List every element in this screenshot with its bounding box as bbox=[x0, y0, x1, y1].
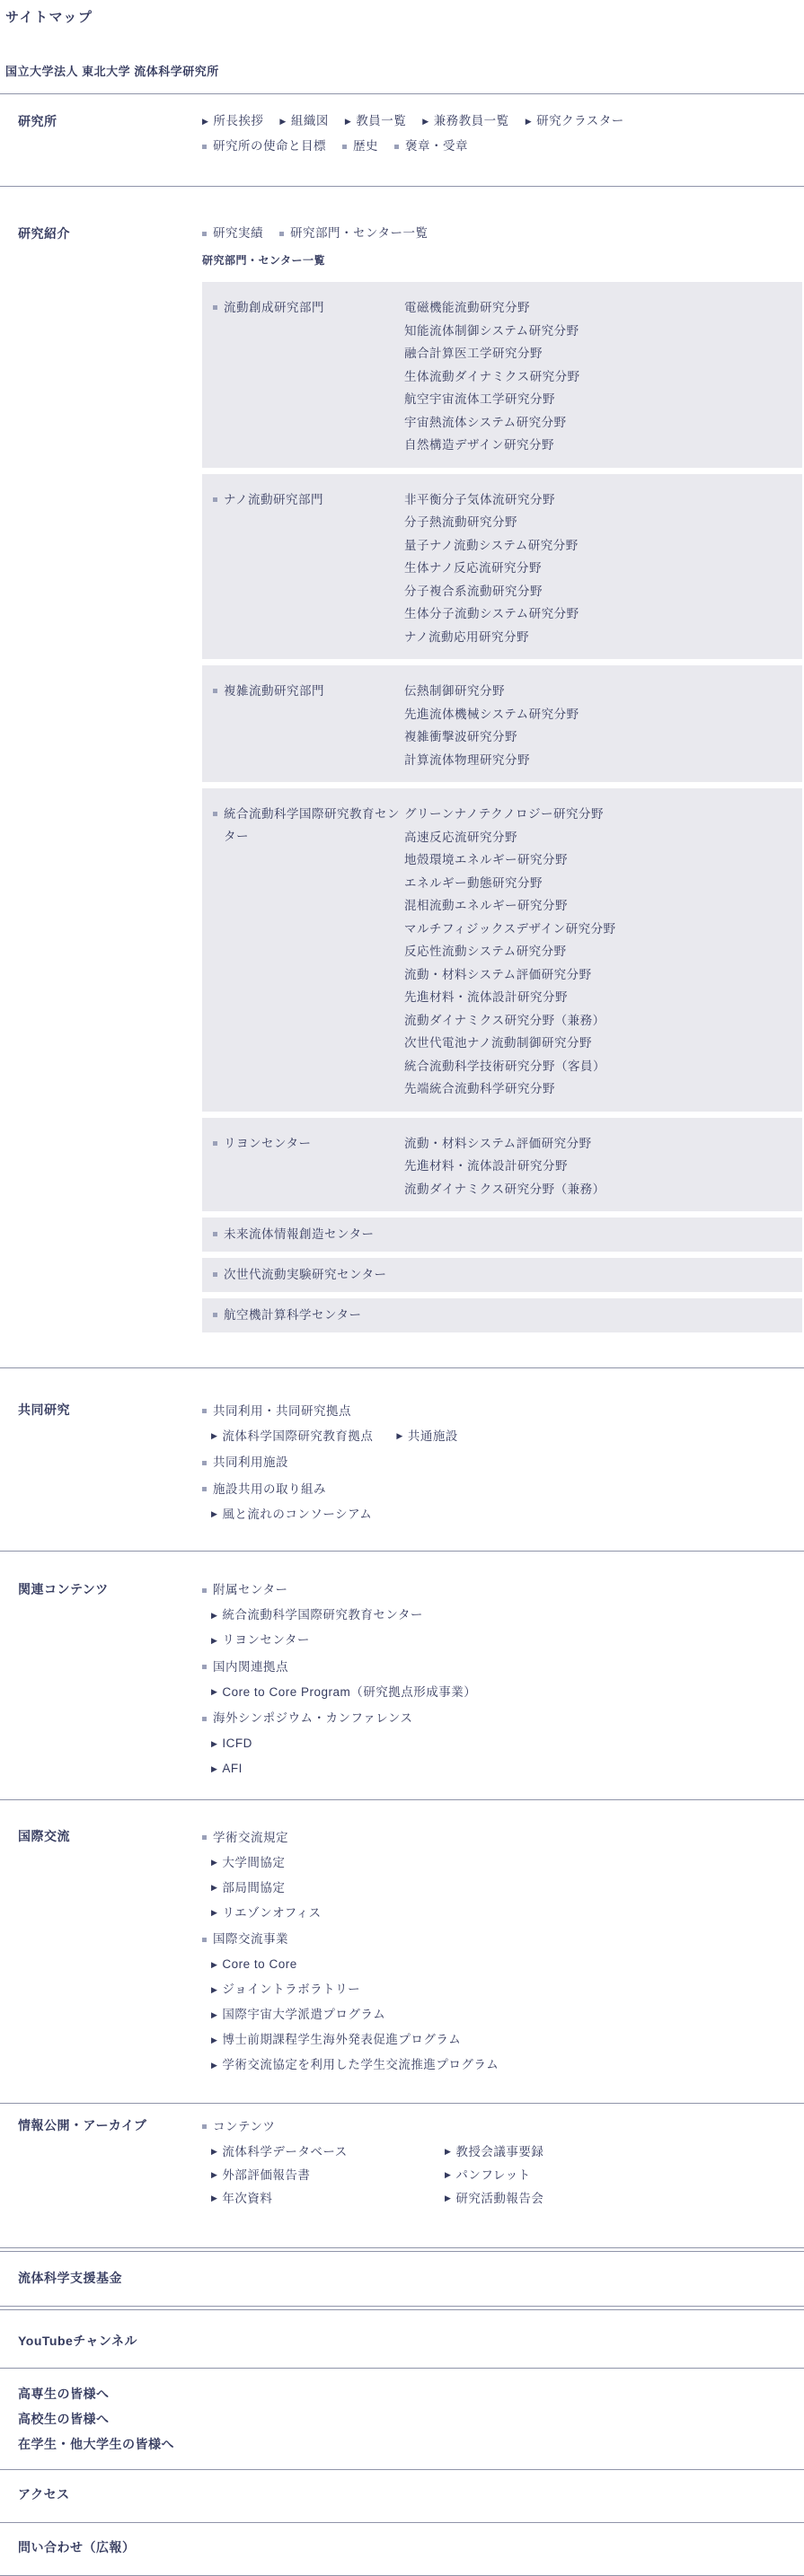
square-bullet-icon bbox=[202, 1717, 207, 1721]
sitemap-link[interactable]: 共同利用施設 bbox=[202, 1455, 288, 1470]
section-for-students: 高専生の皆様へ高校生の皆様へ在学生・他大学生の皆様へ bbox=[0, 2369, 804, 2469]
department-table: 流動創成研究部門電磁機能流動研究分野知能流体制御システム研究分野融合計算医工学研… bbox=[202, 282, 802, 1332]
square-bullet-icon bbox=[202, 145, 207, 149]
sitemap-link-label: 兼務教員一覧 bbox=[434, 114, 509, 128]
sitemap-link[interactable]: ▶所長挨拶 bbox=[202, 114, 263, 128]
section-label-group: 研究紹介 bbox=[18, 226, 202, 241]
research-field-link[interactable]: エネルギー動態研究分野 bbox=[404, 872, 793, 895]
sitemap-link[interactable]: ▶教員一覧 bbox=[345, 114, 406, 128]
square-bullet-icon bbox=[213, 1141, 217, 1146]
sitemap-link-label: 流体科学データベース bbox=[222, 2145, 347, 2159]
sitemap-link-label: 統合流動科学国際研究教育センター bbox=[222, 1608, 422, 1622]
sitemap-link-label: 教員一覧 bbox=[356, 114, 406, 128]
sitemap-link[interactable]: ▶部局間協定 bbox=[211, 1881, 804, 1895]
sitemap-link[interactable]: ▶研究クラスター bbox=[526, 114, 624, 128]
research-field-link[interactable]: 流動・材料システム評価研究分野 bbox=[404, 963, 793, 987]
section-content: 共同利用・共同研究拠点▶流体科学国際研究教育拠点▶共通施設共同利用施設施設共用の… bbox=[202, 1402, 804, 1533]
section-contact: 問い合わせ（広報） bbox=[0, 2523, 804, 2575]
sitemap-link[interactable]: ▶流体科学国際研究教育拠点 bbox=[211, 1429, 373, 1444]
sitemap-link-label: 国際交流事業 bbox=[213, 1932, 288, 1947]
section-label-contact[interactable]: 問い合わせ（広報） bbox=[18, 2540, 202, 2554]
sitemap-link-label: 研究所の使命と目標 bbox=[213, 139, 326, 154]
sitemap-link-label: 学術交流協定を利用した学生交流推進プログラム bbox=[222, 2058, 499, 2072]
sitemap-entry: 研究所の使命と目標歴史褒章・受章 bbox=[202, 139, 804, 154]
sitemap-link-label: ICFD bbox=[222, 1736, 252, 1751]
section-content: コンテンツ▶流体科学データベース▶外部評価報告書▶年次資料▶教授会議事要録▶パン… bbox=[202, 2118, 804, 2226]
sitemap-entry: 国際交流事業▶Core to Core▶ジョイントラボラトリー▶国際宇宙大学派遣… bbox=[202, 1931, 804, 2073]
sitemap-link-label: 褒章・受章 bbox=[405, 139, 468, 154]
research-field-list: 流動・材料システム評価研究分野先進材料・流体設計研究分野流動ダイナミクス研究分野… bbox=[404, 1132, 793, 1201]
research-field-list: 非平衡分子気体流研究分野分子熱流動研究分野量子ナノ流動システム研究分野生体ナノ反… bbox=[404, 488, 793, 649]
section-label-group: YouTubeチャンネル bbox=[18, 2334, 202, 2348]
square-bullet-icon bbox=[213, 1272, 217, 1277]
sitemap-link-label: AFI bbox=[222, 1762, 243, 1776]
section-label-for-students[interactable]: 高校生の皆様へ bbox=[18, 2412, 202, 2426]
section-label-group: 流体科学支援基金 bbox=[18, 2271, 202, 2285]
research-field-link[interactable]: 先進流体機械システム研究分野 bbox=[404, 703, 793, 726]
sitemap-link-label: 歴史 bbox=[353, 139, 378, 154]
research-field-link[interactable]: 流動ダイナミクス研究分野（兼務） bbox=[404, 1009, 793, 1033]
triangle-bullet-icon: ▶ bbox=[211, 2011, 217, 2019]
sitemap-entry: 施設共用の取り組み▶風と流れのコンソーシアム bbox=[202, 1481, 804, 1522]
section-label-information-archive[interactable]: 情報公開・アーカイブ bbox=[18, 2118, 202, 2132]
sitemap-link[interactable]: 褒章・受章 bbox=[394, 139, 468, 154]
research-field-link[interactable]: 非平衡分子気体流研究分野 bbox=[404, 488, 793, 512]
sitemap-link[interactable]: ▶Core to Core Program（研究拠点形成事業） bbox=[211, 1685, 804, 1700]
sitemap-link[interactable]: 共同利用・共同研究拠点 bbox=[202, 1404, 351, 1419]
section-label-joint-research[interactable]: 共同研究 bbox=[18, 1402, 202, 1417]
sub-link-column: ▶教授会議事要録▶パンフレット▶研究活動報告会 bbox=[436, 2145, 669, 2215]
department-name: 次世代流動実験研究センター bbox=[224, 1268, 386, 1282]
department-link[interactable]: 航空機計算科学センター bbox=[213, 1308, 503, 1323]
triangle-bullet-icon: ▶ bbox=[279, 118, 286, 126]
sitemap-link[interactable]: 研究部門・センター一覧 bbox=[279, 226, 428, 241]
sitemap-link[interactable]: コンテンツ bbox=[202, 2120, 275, 2134]
sitemap-link-label: Core to Core bbox=[222, 1957, 296, 1972]
sub-link-list: ▶ICFD▶AFI bbox=[211, 1736, 804, 1776]
square-bullet-icon bbox=[202, 1409, 207, 1413]
sitemap-entry: 共同利用施設 bbox=[202, 1455, 804, 1471]
sitemap-link[interactable]: ▶AFI bbox=[211, 1762, 804, 1776]
sitemap-link[interactable]: 国内関連拠点 bbox=[202, 1660, 288, 1675]
section-divider bbox=[0, 2575, 804, 2576]
department-link[interactable]: 次世代流動実験研究センター bbox=[213, 1268, 503, 1282]
square-bullet-icon bbox=[342, 145, 347, 149]
department-name: リヨンセンター bbox=[224, 1132, 311, 1155]
section-label-group: 共同研究 bbox=[18, 1402, 202, 1417]
section-research-institute: 研究所▶所長挨拶▶組織図▶教員一覧▶兼務教員一覧▶研究クラスター研究所の使命と目… bbox=[0, 94, 804, 186]
link-row: 研究所の使命と目標歴史褒章・受章 bbox=[202, 139, 804, 154]
square-bullet-icon bbox=[213, 497, 217, 502]
sitemap-link[interactable]: 施設共用の取り組み bbox=[202, 1482, 326, 1497]
triangle-bullet-icon: ▶ bbox=[445, 2194, 451, 2202]
sub-link-column: ▶流体科学データベース▶外部評価報告書▶年次資料 bbox=[202, 2145, 436, 2215]
section-label-support-fund[interactable]: 流体科学支援基金 bbox=[18, 2271, 202, 2285]
triangle-bullet-icon: ▶ bbox=[202, 118, 208, 126]
department-name: ナノ流動研究部門 bbox=[224, 488, 323, 511]
section-label-group: 情報公開・アーカイブ bbox=[18, 2118, 202, 2132]
research-field-link[interactable]: 生体分子流動システム研究分野 bbox=[404, 602, 793, 626]
sitemap-link-label: 附属センター bbox=[213, 1583, 287, 1597]
research-field-link[interactable]: 電磁機能流動研究分野 bbox=[404, 296, 793, 320]
sitemap-link-label: 教授会議事要録 bbox=[455, 2145, 543, 2159]
sitemap-sections: 研究所▶所長挨拶▶組織図▶教員一覧▶兼務教員一覧▶研究クラスター研究所の使命と目… bbox=[0, 94, 804, 2576]
sitemap-link[interactable]: ▶研究活動報告会 bbox=[445, 2192, 669, 2206]
sitemap-link-label: リヨンセンター bbox=[222, 1633, 309, 1648]
sitemap-entry: コンテンツ▶流体科学データベース▶外部評価報告書▶年次資料▶教授会議事要録▶パン… bbox=[202, 2118, 804, 2215]
research-field-link[interactable]: 先進材料・流体設計研究分野 bbox=[404, 986, 793, 1009]
triangle-bullet-icon: ▶ bbox=[345, 118, 351, 126]
sitemap-link[interactable]: ▶共通施設 bbox=[396, 1429, 457, 1444]
square-bullet-icon bbox=[202, 232, 207, 236]
section-support-fund: 流体科学支援基金 bbox=[0, 2252, 804, 2306]
section-international-exchange: 国際交流学術交流規定▶大学間協定▶部局間協定▶リエゾンオフィス国際交流事業▶Co… bbox=[0, 1800, 804, 2103]
sitemap-link-label: 国内関連拠点 bbox=[213, 1660, 288, 1675]
section-label-youtube-channel[interactable]: YouTubeチャンネル bbox=[18, 2334, 202, 2348]
sitemap-link-label: 施設共用の取り組み bbox=[213, 1482, 326, 1497]
sitemap-link-label: 外部評価報告書 bbox=[222, 2168, 310, 2183]
triangle-bullet-icon: ▶ bbox=[211, 1909, 217, 1917]
sitemap-link[interactable]: 歴史 bbox=[342, 139, 378, 154]
sitemap-link-label: 所長挨拶 bbox=[213, 114, 263, 128]
sub-link-list: ▶Core to Core Program（研究拠点形成事業） bbox=[211, 1685, 804, 1700]
square-bullet-icon bbox=[202, 1938, 207, 1942]
triangle-bullet-icon: ▶ bbox=[526, 118, 532, 126]
department-row: ナノ流動研究部門非平衡分子気体流研究分野分子熱流動研究分野量子ナノ流動システム研… bbox=[202, 474, 802, 660]
sitemap-link-label: リエゾンオフィス bbox=[222, 1906, 321, 1921]
department-link[interactable]: 未来流体情報創造センター bbox=[213, 1227, 503, 1242]
triangle-bullet-icon: ▶ bbox=[211, 2171, 217, 2179]
research-field-link[interactable]: 生体ナノ反応流研究分野 bbox=[404, 557, 793, 580]
department-link[interactable]: 複雑流動研究部門 bbox=[213, 680, 404, 702]
research-field-link[interactable]: 宇宙熱流体システム研究分野 bbox=[404, 411, 793, 435]
sub-link-list: ▶風と流れのコンソーシアム bbox=[211, 1508, 804, 1522]
sitemap-link-label: 博士前期課程学生海外発表促進プログラム bbox=[222, 2033, 461, 2047]
sitemap-link[interactable]: 附属センター bbox=[202, 1583, 287, 1597]
sitemap-link[interactable]: ▶教授会議事要録 bbox=[445, 2145, 669, 2159]
sitemap-link[interactable]: 海外シンポジウム・カンファレンス bbox=[202, 1711, 413, 1726]
section-label-group: 関連コンテンツ bbox=[18, 1582, 202, 1596]
square-bullet-icon bbox=[202, 1461, 207, 1465]
department-row: リヨンセンター流動・材料システム評価研究分野先進材料・流体設計研究分野流動ダイナ… bbox=[202, 1118, 802, 1212]
section-label-group: アクセス bbox=[18, 2487, 202, 2501]
sitemap-link-label: 年次資料 bbox=[222, 2192, 272, 2206]
sitemap-link-label: コンテンツ bbox=[213, 2120, 275, 2134]
research-field-link[interactable]: 伝熱制御研究分野 bbox=[404, 680, 793, 703]
sitemap-link[interactable]: 国際交流事業 bbox=[202, 1932, 288, 1947]
research-field-link[interactable]: 流動・材料システム評価研究分野 bbox=[404, 1132, 793, 1156]
research-field-link[interactable]: 統合流動科学技術研究分野（客員） bbox=[404, 1055, 793, 1078]
department-row: 未来流体情報創造センター bbox=[202, 1218, 802, 1252]
research-field-link[interactable]: 地殻環境エネルギー研究分野 bbox=[404, 848, 793, 872]
triangle-bullet-icon: ▶ bbox=[211, 2036, 217, 2044]
section-label-for-students[interactable]: 在学生・他大学生の皆様へ bbox=[18, 2437, 202, 2451]
department-row: 複雑流動研究部門伝熱制御研究分野先進流体機械システム研究分野複雑衝撃波研究分野計… bbox=[202, 665, 802, 782]
department-name: 統合流動科学国際研究教育センター bbox=[224, 803, 404, 848]
triangle-bullet-icon: ▶ bbox=[211, 1688, 217, 1696]
sitemap-link[interactable]: ▶外部評価報告書 bbox=[211, 2168, 436, 2183]
sitemap-link-label: 共通施設 bbox=[408, 1429, 458, 1444]
sitemap-link[interactable]: ▶リヨンセンター bbox=[211, 1633, 804, 1648]
sub-link-list: ▶大学間協定▶部局間協定▶リエゾンオフィス bbox=[211, 1856, 804, 1921]
sitemap-link[interactable]: ▶兼務教員一覧 bbox=[422, 114, 508, 128]
research-field-link[interactable]: 融合計算医工学研究分野 bbox=[404, 342, 793, 365]
research-field-link[interactable]: 混相流動エネルギー研究分野 bbox=[404, 894, 793, 918]
sub-link-list: ▶統合流動科学国際研究教育センター▶リヨンセンター bbox=[211, 1608, 804, 1648]
sitemap-link[interactable]: ▶流体科学データベース bbox=[211, 2145, 436, 2159]
section-content: 附属センター▶統合流動科学国際研究教育センター▶リヨンセンター国内関連拠点▶Co… bbox=[202, 1582, 804, 1788]
sitemap-link-label: 流体科学国際研究教育拠点 bbox=[222, 1429, 373, 1444]
square-bullet-icon bbox=[202, 1835, 207, 1840]
department-name: 未来流体情報創造センター bbox=[224, 1227, 374, 1242]
section-access: アクセス bbox=[0, 2470, 804, 2522]
page-header: サイトマップ 国立大学法人 東北大学 流体科学研究所 bbox=[0, 0, 804, 94]
sitemap-link[interactable]: ▶統合流動科学国際研究教育センター bbox=[211, 1608, 804, 1622]
research-field-link[interactable]: 自然構造デザイン研究分野 bbox=[404, 434, 793, 457]
section-label-research-intro[interactable]: 研究紹介 bbox=[18, 226, 202, 241]
page-title: サイトマップ bbox=[5, 7, 797, 26]
sitemap-link[interactable]: 学術交流規定 bbox=[202, 1831, 288, 1845]
sitemap-link-label: ジョイントラボラトリー bbox=[222, 1983, 360, 1997]
sitemap-link-label: 組織図 bbox=[291, 114, 329, 128]
sitemap-link[interactable]: ▶年次資料 bbox=[211, 2192, 436, 2206]
research-field-link[interactable]: 先端統合流動科学研究分野 bbox=[404, 1077, 793, 1101]
triangle-bullet-icon: ▶ bbox=[211, 2194, 217, 2202]
sitemap-entry: 学術交流規定▶大学間協定▶部局間協定▶リエゾンオフィス bbox=[202, 1829, 804, 1921]
department-link[interactable]: 統合流動科学国際研究教育センター bbox=[213, 803, 404, 848]
department-row: 流動創成研究部門電磁機能流動研究分野知能流体制御システム研究分野融合計算医工学研… bbox=[202, 282, 802, 468]
triangle-bullet-icon: ▶ bbox=[396, 1432, 402, 1440]
triangle-bullet-icon: ▶ bbox=[211, 1986, 217, 1994]
section-label-access[interactable]: アクセス bbox=[18, 2487, 202, 2501]
section-joint-research: 共同研究共同利用・共同研究拠点▶流体科学国際研究教育拠点▶共通施設共同利用施設施… bbox=[0, 1368, 804, 1551]
triangle-bullet-icon: ▶ bbox=[211, 1884, 217, 1892]
sitemap-link[interactable]: ▶ICFD bbox=[211, 1736, 804, 1751]
square-bullet-icon bbox=[202, 1487, 207, 1491]
sitemap-link[interactable]: ▶国際宇宙大学派遣プログラム bbox=[211, 2008, 804, 2022]
section-label-group: 問い合わせ（広報） bbox=[18, 2540, 202, 2554]
department-name: 流動創成研究部門 bbox=[224, 296, 324, 319]
research-field-list: 電磁機能流動研究分野知能流体制御システム研究分野融合計算医工学研究分野生体流動ダ… bbox=[404, 296, 793, 457]
research-field-link[interactable]: 量子ナノ流動システム研究分野 bbox=[404, 534, 793, 558]
square-bullet-icon bbox=[279, 232, 284, 236]
research-field-link[interactable]: 分子熱流動研究分野 bbox=[404, 511, 793, 534]
sitemap-entry: 共同利用・共同研究拠点▶流体科学国際研究教育拠点▶共通施設 bbox=[202, 1402, 804, 1444]
triangle-bullet-icon: ▶ bbox=[211, 1637, 217, 1645]
section-youtube-channel: YouTubeチャンネル bbox=[0, 2310, 804, 2368]
triangle-bullet-icon: ▶ bbox=[211, 1765, 217, 1773]
sitemap-link-label: 研究活動報告会 bbox=[455, 2192, 543, 2206]
section-research-intro: 研究紹介研究実績研究部門・センター一覧研究部門・センター一覧流動創成研究部門電磁… bbox=[0, 187, 804, 1367]
section-label-group: 国際交流 bbox=[18, 1829, 202, 1843]
sub-link-row: ▶流体科学国際研究教育拠点▶共通施設 bbox=[211, 1429, 804, 1444]
sitemap-link-label: 国際宇宙大学派遣プログラム bbox=[222, 2008, 385, 2022]
square-bullet-icon bbox=[394, 145, 399, 149]
department-link[interactable]: リヨンセンター bbox=[213, 1132, 404, 1155]
sitemap-link-label: Core to Core Program（研究拠点形成事業） bbox=[222, 1685, 476, 1700]
square-bullet-icon bbox=[213, 812, 217, 816]
section-label-for-students[interactable]: 高専生の皆様へ bbox=[18, 2387, 202, 2401]
department-link[interactable]: ナノ流動研究部門 bbox=[213, 488, 404, 511]
section-label-related-contents[interactable]: 関連コンテンツ bbox=[18, 1582, 202, 1596]
sitemap-link[interactable]: 研究所の使命と目標 bbox=[202, 139, 326, 154]
sitemap-link[interactable]: ▶組織図 bbox=[279, 114, 328, 128]
department-row: 統合流動科学国際研究教育センターグリーンナノテクノロジー研究分野高速反応流研究分… bbox=[202, 788, 802, 1112]
research-field-link[interactable]: 次世代電池ナノ流動制御研究分野 bbox=[404, 1032, 793, 1055]
sitemap-entry: 附属センター▶統合流動科学国際研究教育センター▶リヨンセンター bbox=[202, 1582, 804, 1648]
sitemap-entry: 国内関連拠点▶Core to Core Program（研究拠点形成事業） bbox=[202, 1658, 804, 1700]
sitemap-link[interactable]: ▶博士前期課程学生海外発表促進プログラム bbox=[211, 2033, 804, 2047]
research-field-link[interactable]: 分子複合系流動研究分野 bbox=[404, 580, 793, 603]
section-content: 学術交流規定▶大学間協定▶部局間協定▶リエゾンオフィス国際交流事業▶Core t… bbox=[202, 1829, 804, 2083]
sitemap-link[interactable]: ▶ジョイントラボラトリー bbox=[211, 1983, 804, 1997]
square-bullet-icon bbox=[202, 2124, 207, 2129]
section-related-contents: 関連コンテンツ附属センター▶統合流動科学国際研究教育センター▶リヨンセンター国内… bbox=[0, 1552, 804, 1800]
section-label-group: 研究所 bbox=[18, 114, 202, 128]
sitemap-link-label: 風と流れのコンソーシアム bbox=[222, 1508, 372, 1522]
department-row: 次世代流動実験研究センター bbox=[202, 1258, 802, 1292]
table-heading: 研究部門・センター一覧 bbox=[202, 253, 804, 268]
triangle-bullet-icon: ▶ bbox=[445, 2171, 451, 2179]
sitemap-link-label: 共同利用・共同研究拠点 bbox=[213, 1404, 351, 1419]
section-label-research-institute[interactable]: 研究所 bbox=[18, 114, 202, 128]
research-field-list: グリーンナノテクノロジー研究分野高速反応流研究分野地殻環境エネルギー研究分野エネ… bbox=[404, 803, 793, 1101]
triangle-bullet-icon: ▶ bbox=[422, 118, 429, 126]
sitemap-link[interactable]: ▶Core to Core bbox=[211, 1957, 804, 1972]
sitemap-link-label: パンフレット bbox=[455, 2168, 530, 2183]
triangle-bullet-icon: ▶ bbox=[211, 1432, 217, 1440]
sitemap-link-label: 部局間協定 bbox=[222, 1881, 285, 1895]
department-name: 複雑流動研究部門 bbox=[224, 680, 324, 702]
square-bullet-icon bbox=[213, 305, 217, 310]
sitemap-link[interactable]: ▶風と流れのコンソーシアム bbox=[211, 1508, 804, 1522]
sitemap-link-label: 研究クラスター bbox=[536, 114, 624, 128]
link-row: 研究実績研究部門・センター一覧 bbox=[202, 226, 804, 241]
research-field-link[interactable]: 反応性流動システム研究分野 bbox=[404, 940, 793, 963]
section-content: 研究実績研究部門・センター一覧研究部門・センター一覧流動創成研究部門電磁機能流動… bbox=[202, 226, 804, 1339]
sub-link-list: ▶Core to Core▶ジョイントラボラトリー▶国際宇宙大学派遣プログラム▶… bbox=[211, 1957, 804, 2072]
triangle-bullet-icon: ▶ bbox=[445, 2148, 451, 2156]
sitemap-link-label: 学術交流規定 bbox=[213, 1831, 288, 1845]
research-field-link[interactable]: 先進材料・流体設計研究分野 bbox=[404, 1155, 793, 1178]
sitemap-entry: ▶所長挨拶▶組織図▶教員一覧▶兼務教員一覧▶研究クラスター bbox=[202, 114, 804, 128]
section-label-international-exchange[interactable]: 国際交流 bbox=[18, 1829, 202, 1843]
sitemap-link-label: 研究部門・センター一覧 bbox=[290, 226, 428, 241]
department-name: 航空機計算科学センター bbox=[224, 1308, 361, 1323]
sitemap-link[interactable]: ▶大学間協定 bbox=[211, 1856, 804, 1870]
research-field-link[interactable]: ナノ流動応用研究分野 bbox=[404, 626, 793, 649]
sitemap-link[interactable]: ▶リエゾンオフィス bbox=[211, 1906, 804, 1921]
section-label-group: 高専生の皆様へ高校生の皆様へ在学生・他大学生の皆様へ bbox=[18, 2387, 202, 2462]
square-bullet-icon bbox=[213, 1313, 217, 1317]
sub-link-columns: ▶流体科学データベース▶外部評価報告書▶年次資料▶教授会議事要録▶パンフレット▶… bbox=[202, 2145, 804, 2215]
research-field-link[interactable]: 計算流体物理研究分野 bbox=[404, 749, 793, 772]
triangle-bullet-icon: ▶ bbox=[211, 1612, 217, 1620]
department-row: 航空機計算科学センター bbox=[202, 1298, 802, 1332]
section-content: ▶所長挨拶▶組織図▶教員一覧▶兼務教員一覧▶研究クラスター研究所の使命と目標歴史… bbox=[202, 114, 804, 164]
sitemap-link-label: 海外シンポジウム・カンファレンス bbox=[213, 1711, 413, 1726]
research-field-link[interactable]: 複雑衝撃波研究分野 bbox=[404, 725, 793, 749]
sitemap-link-label: 大学間協定 bbox=[222, 1856, 285, 1870]
research-field-link[interactable]: 生体流動ダイナミクス研究分野 bbox=[404, 365, 793, 389]
link-row: ▶所長挨拶▶組織図▶教員一覧▶兼務教員一覧▶研究クラスター bbox=[202, 114, 804, 128]
sitemap-entry: 研究実績研究部門・センター一覧 bbox=[202, 226, 804, 241]
square-bullet-icon bbox=[213, 1232, 217, 1236]
research-field-link[interactable]: グリーンナノテクノロジー研究分野 bbox=[404, 803, 793, 826]
triangle-bullet-icon: ▶ bbox=[211, 1859, 217, 1867]
research-field-link[interactable]: 流動ダイナミクス研究分野（兼務） bbox=[404, 1178, 793, 1201]
triangle-bullet-icon: ▶ bbox=[211, 2062, 217, 2070]
sitemap-link[interactable]: 研究実績 bbox=[202, 226, 263, 241]
triangle-bullet-icon: ▶ bbox=[211, 1961, 217, 1969]
sitemap-link[interactable]: ▶パンフレット bbox=[445, 2168, 669, 2183]
research-field-link[interactable]: マルチフィジックスデザイン研究分野 bbox=[404, 918, 793, 941]
department-link[interactable]: 流動創成研究部門 bbox=[213, 296, 404, 319]
section-information-archive: 情報公開・アーカイブコンテンツ▶流体科学データベース▶外部評価報告書▶年次資料▶… bbox=[0, 2104, 804, 2247]
sitemap-link-label: 共同利用施設 bbox=[213, 1455, 288, 1470]
square-bullet-icon bbox=[202, 1665, 207, 1669]
research-field-link[interactable]: 航空宇宙流体工学研究分野 bbox=[404, 388, 793, 411]
square-bullet-icon bbox=[202, 1588, 207, 1593]
research-field-link[interactable]: 高速反応流研究分野 bbox=[404, 826, 793, 849]
research-field-list: 伝熱制御研究分野先進流体機械システム研究分野複雑衝撃波研究分野計算流体物理研究分… bbox=[404, 680, 793, 771]
triangle-bullet-icon: ▶ bbox=[211, 1740, 217, 1748]
sitemap-link-label: 研究実績 bbox=[213, 226, 263, 241]
triangle-bullet-icon: ▶ bbox=[211, 2148, 217, 2156]
triangle-bullet-icon: ▶ bbox=[211, 1510, 217, 1518]
research-field-link[interactable]: 知能流体制御システム研究分野 bbox=[404, 320, 793, 343]
square-bullet-icon bbox=[213, 689, 217, 693]
sitemap-link[interactable]: ▶学術交流協定を利用した学生交流推進プログラム bbox=[211, 2058, 804, 2072]
site-name: 国立大学法人 東北大学 流体科学研究所 bbox=[5, 62, 797, 79]
sitemap-entry: 海外シンポジウム・カンファレンス▶ICFD▶AFI bbox=[202, 1710, 804, 1777]
